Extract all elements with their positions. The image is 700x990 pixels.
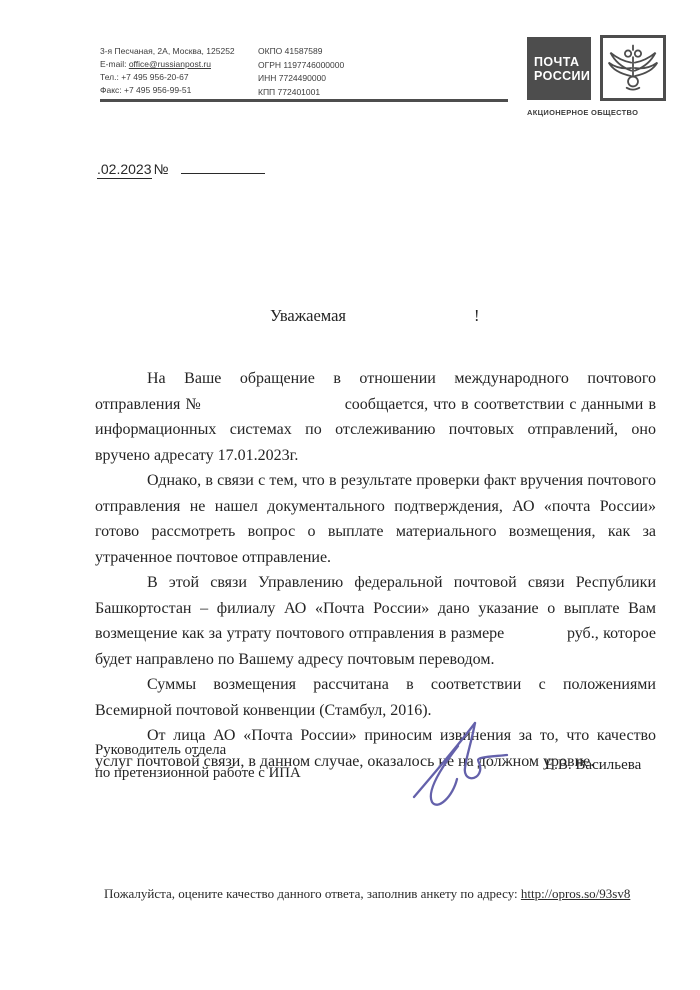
inn-line: ИНН 7724490000 [258,72,344,86]
brand-line-1: ПОЧТА [534,55,591,69]
paragraph-payment-instruction: В этой связи Управлению федеральной почт… [95,570,656,672]
paragraph-delivery-info: На Ваше обращение в отношении международ… [95,366,656,468]
handwritten-signature-icon [398,710,513,810]
survey-note: Пожалуйста, оцените качество данного отв… [104,886,630,902]
email-link[interactable]: office@russianpost.ru [129,59,211,69]
paragraph-convention-reference: Суммы возмещения рассчитана в соответств… [95,672,656,723]
date-value: .02.2023 [97,161,152,179]
contact-block: 3-я Песчаная, 2А, Москва, 125252 E-mail:… [100,45,235,97]
date-number-line: .02.2023№ [97,160,265,177]
signer-title: Руководитель отдела по претензионной раб… [95,739,301,784]
emblem-square [600,35,666,101]
company-type-label: АКЦИОНЕРНОЕ ОБЩЕСТВО [527,108,677,117]
header-divider [100,99,508,102]
pochta-rossii-logo: ПОЧТА РОССИИ [527,37,591,100]
signer-title-line-2: по претензионной работе с ИПА [95,762,301,785]
address-line: 3-я Песчаная, 2А, Москва, 125252 [100,45,235,58]
survey-text: Пожалуйста, оцените качество данного отв… [104,886,521,901]
fax-line: Факс: +7 495 956-99-51 [100,84,235,97]
phone-line: Тел.: +7 495 956-20-67 [100,71,235,84]
kpp-line: КПП 772401001 [258,86,344,100]
codes-block: ОКПО 41587589 ОГРН 1197746000000 ИНН 772… [258,45,344,99]
number-sign: № [154,161,169,177]
greeting-text: Уважаемая [270,306,346,325]
exclamation-mark: ! [474,306,480,325]
ogrn-line: ОГРН 1197746000000 [258,59,344,73]
okpo-line: ОКПО 41587589 [258,45,344,59]
paragraph-compensation-offer: Однако, в связи с тем, что в результате … [95,468,656,570]
email-label: E-mail: [100,59,129,69]
number-blank-line [181,160,265,174]
brand-line-2: РОССИИ [534,69,591,83]
signer-title-line-1: Руководитель отдела [95,739,301,762]
email-line: E-mail: office@russianpost.ru [100,58,235,71]
double-eagle-icon [606,41,660,95]
salutation-line: Уважаемая! [270,306,480,326]
letter-body: На Ваше обращение в отношении международ… [95,366,656,774]
letter-page: 3-я Песчаная, 2А, Москва, 125252 E-mail:… [0,0,700,990]
signer-name: Е.В. Васильева [545,757,641,774]
survey-link[interactable]: http://opros.so/93sv8 [521,886,630,901]
